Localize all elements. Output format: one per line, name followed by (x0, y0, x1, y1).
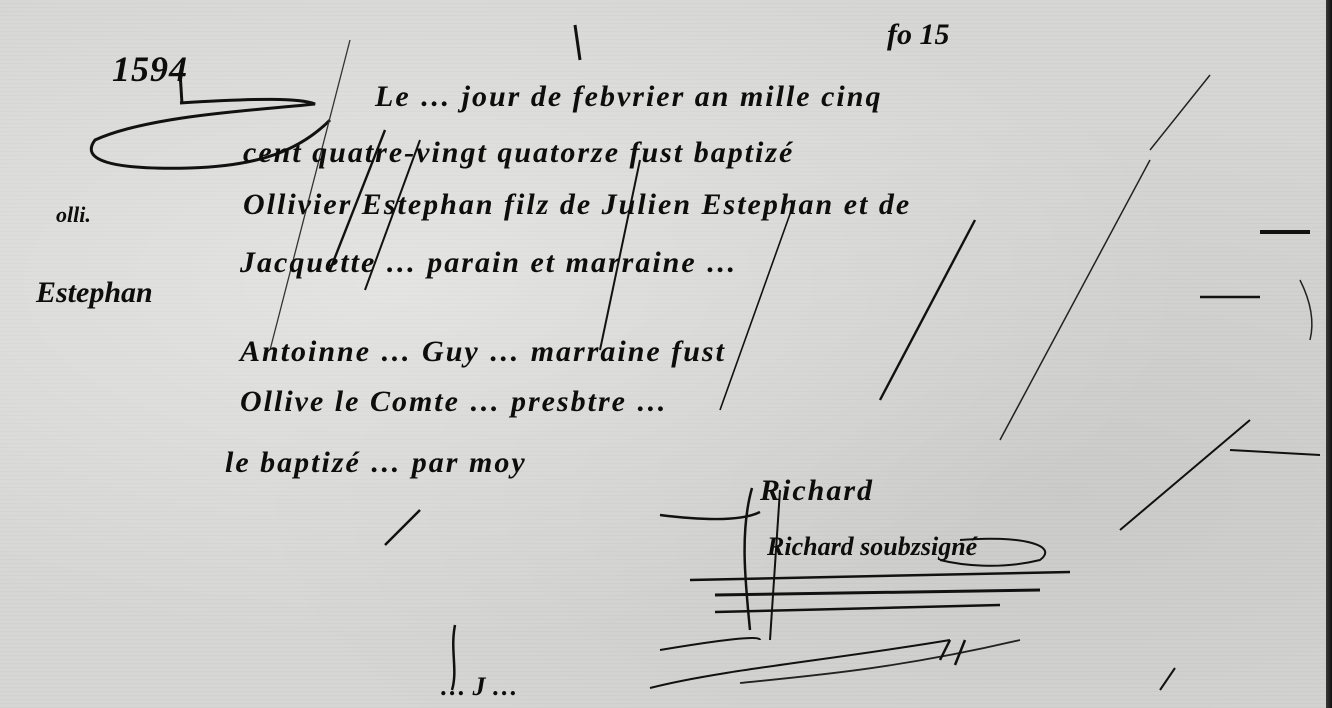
folio-number: fo 15 (887, 18, 950, 52)
manuscript-page: 1594 fo 15 olli. Estephan Le … jour de f… (0, 0, 1332, 708)
entry-line-5: Antoinne … Guy … marraine fust (240, 335, 726, 369)
entry-line-2: cent quatre-vingt quatorze fust baptizé (243, 136, 794, 170)
margin-note-surname: Estephan (36, 276, 153, 310)
binding-edge (1326, 0, 1332, 708)
entry-line-7: le baptizé … par moy (225, 446, 527, 480)
entry-line-8: Richard (760, 474, 874, 508)
signature: Richard soubzsigné (767, 532, 977, 562)
margin-note-given-name: olli. (56, 202, 91, 228)
entry-line-4: Jacquette … parain et marraine … (240, 246, 738, 280)
entry-line-1: Le … jour de febvrier an mille cinq (375, 80, 882, 114)
entry-line-6: Ollive le Comte … presbtre … (240, 385, 668, 419)
year-heading: 1594 (112, 48, 188, 90)
entry-line-3: Ollivier Estephan filz de Julien Estepha… (243, 188, 911, 222)
next-entry-fragment: … J … (440, 672, 518, 702)
